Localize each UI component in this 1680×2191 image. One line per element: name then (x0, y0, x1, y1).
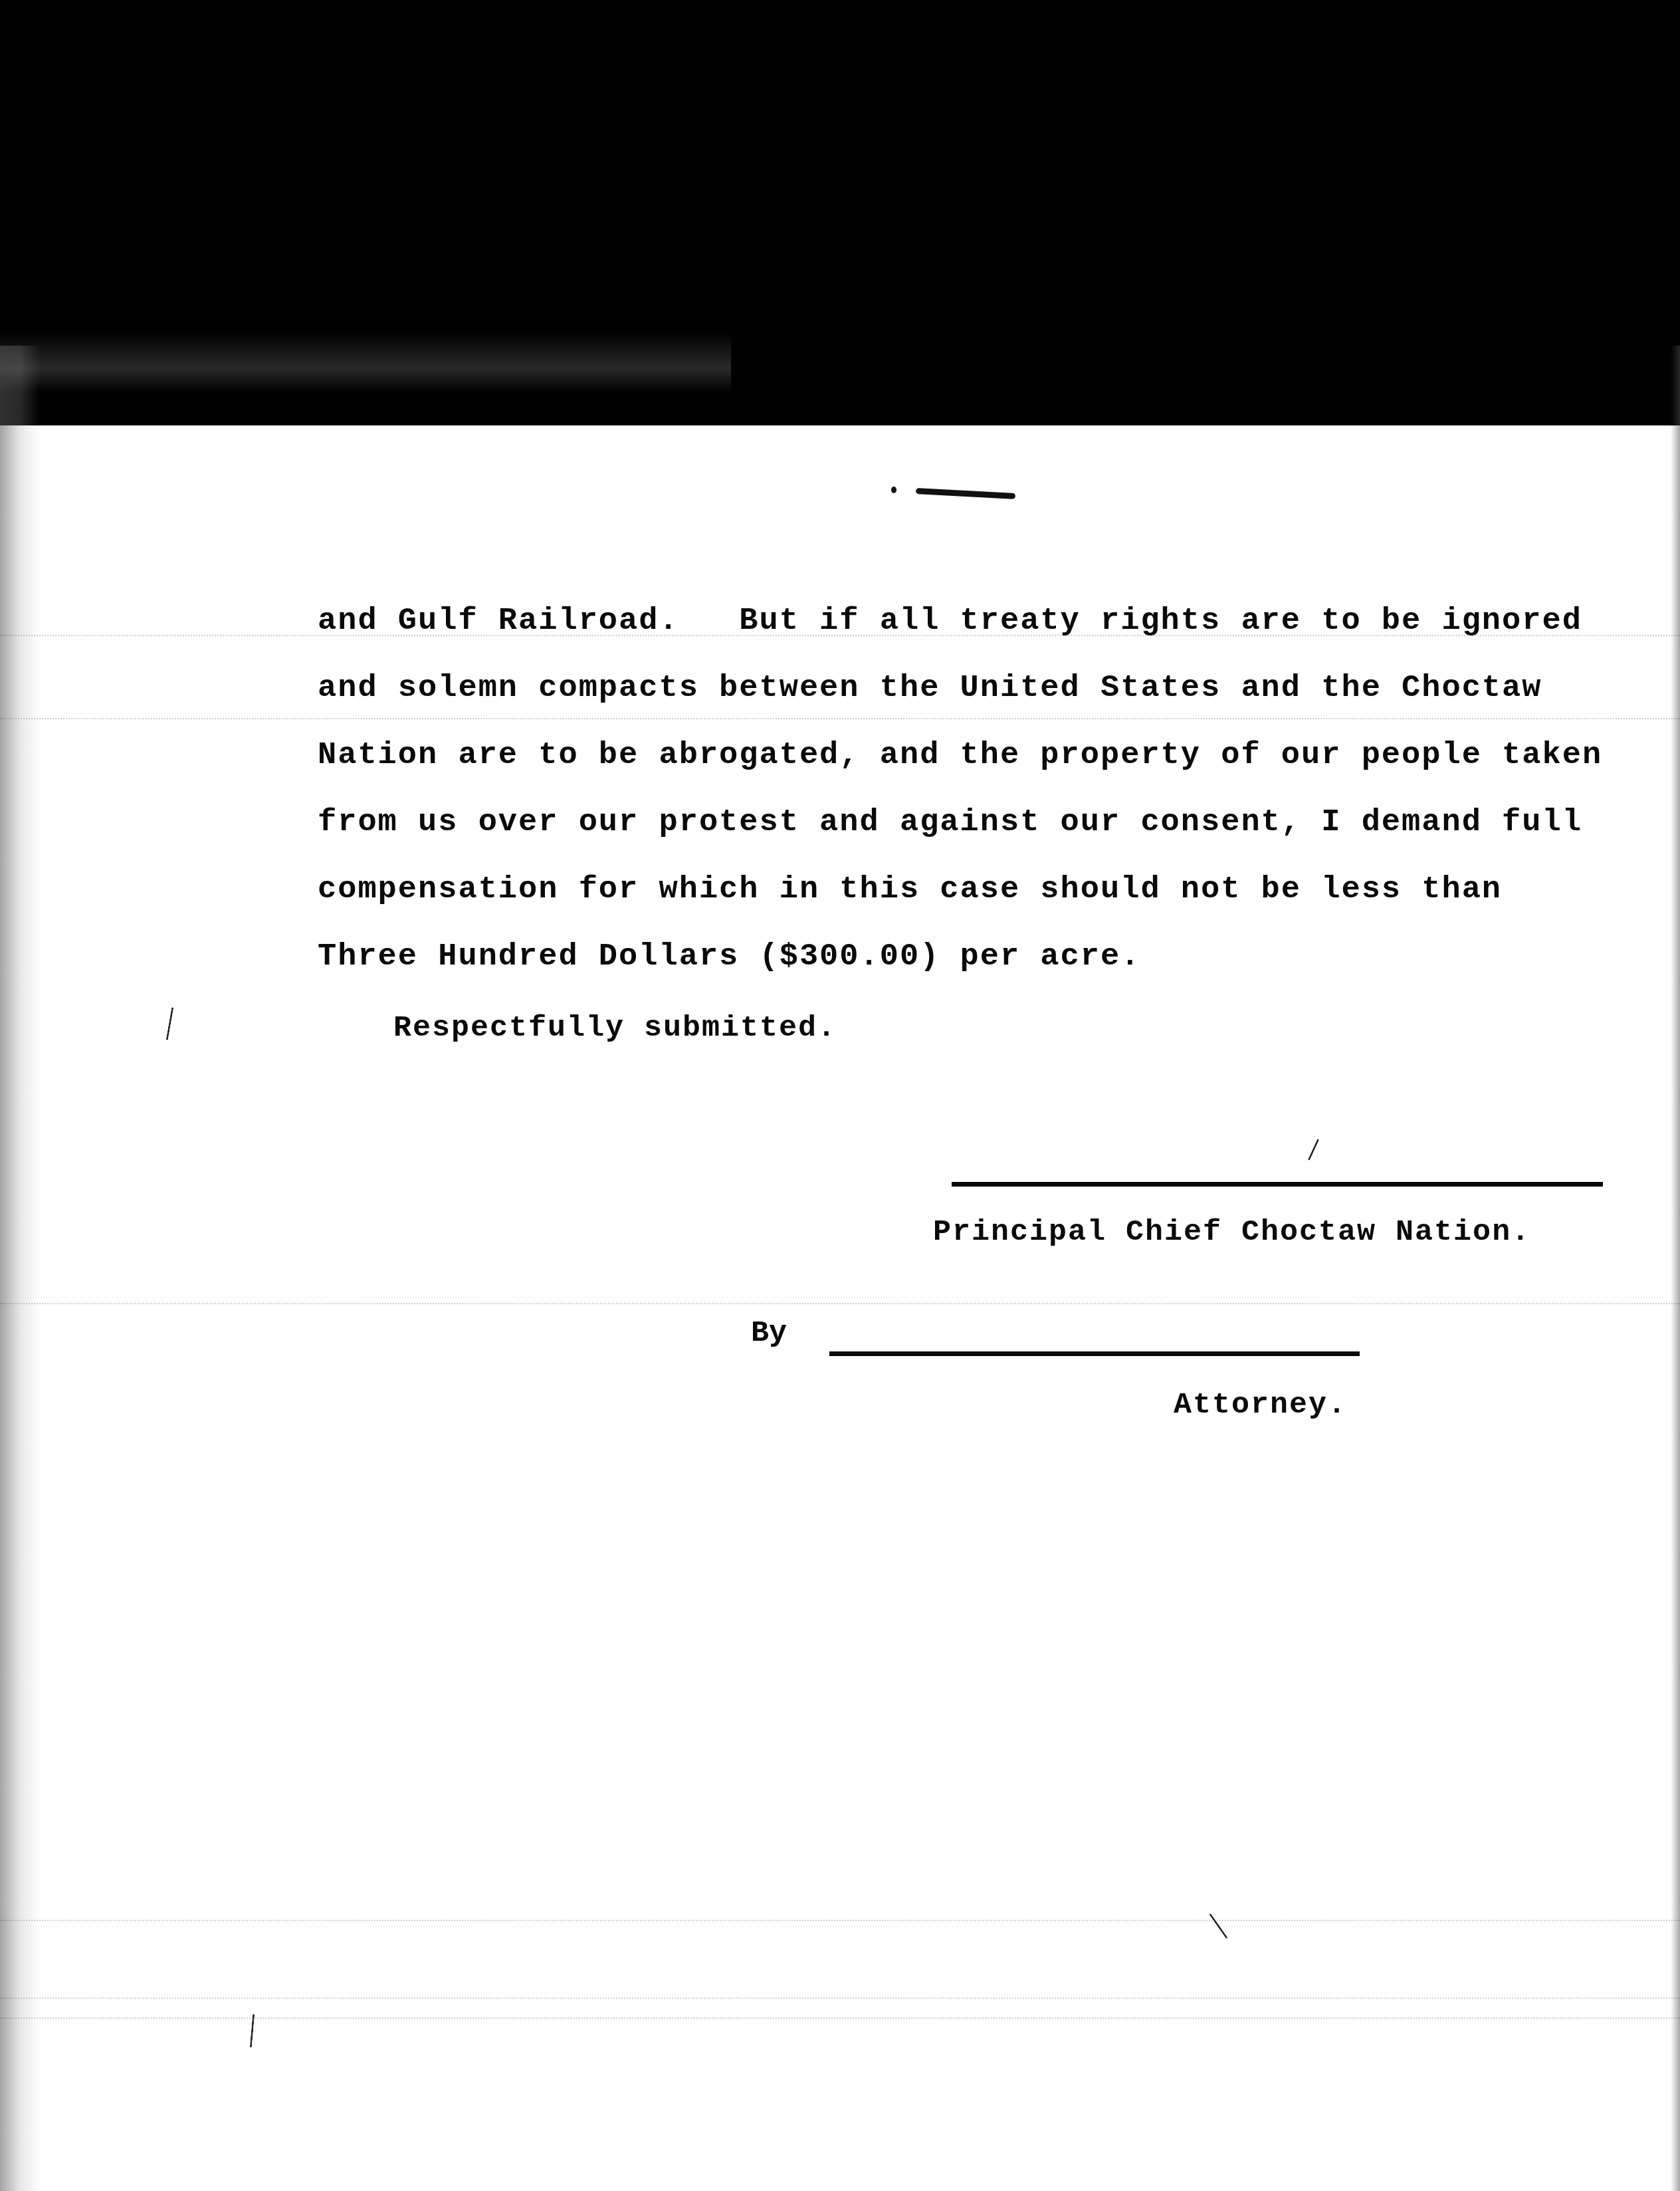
body-line: and Gulf Railroad. But if all treaty rig… (318, 602, 1602, 669)
body-line: from us over our protest and against our… (318, 803, 1602, 870)
pen-mark (1308, 1139, 1320, 1161)
body-line: compensation for which in this case shou… (318, 870, 1602, 937)
body-line: and solemn compacts between the United S… (318, 669, 1602, 736)
principal-chief-signature-line (952, 1182, 1603, 1187)
ink-dash-mark (916, 488, 1015, 499)
scan-edge-shadow-left (0, 332, 731, 392)
scan-artifact-line (0, 1920, 1680, 1922)
body-line: Nation are to be abrogated, and the prop… (318, 736, 1602, 803)
ink-dot (891, 487, 896, 493)
body-line: Three Hundred Dollars ($300.00) per acre… (318, 937, 1602, 1004)
attorney-title: Attorney. (1174, 1388, 1347, 1422)
letter-body: and Gulf Railroad. But if all treaty rig… (318, 602, 1602, 1004)
by-label: By (751, 1316, 787, 1350)
closing-line: Respectfully submitted. (393, 1011, 837, 1045)
pen-mark (1209, 1913, 1227, 1939)
principal-chief-title: Principal Chief Choctaw Nation. (933, 1215, 1530, 1249)
attorney-signature-line (829, 1351, 1360, 1356)
pen-mark (166, 1007, 174, 1040)
scan-artifact-line (0, 1303, 1680, 1306)
scan-left-shadow (0, 346, 40, 2191)
scan-artifact-line (0, 1998, 1680, 2000)
scan-right-shadow (1671, 346, 1680, 2191)
